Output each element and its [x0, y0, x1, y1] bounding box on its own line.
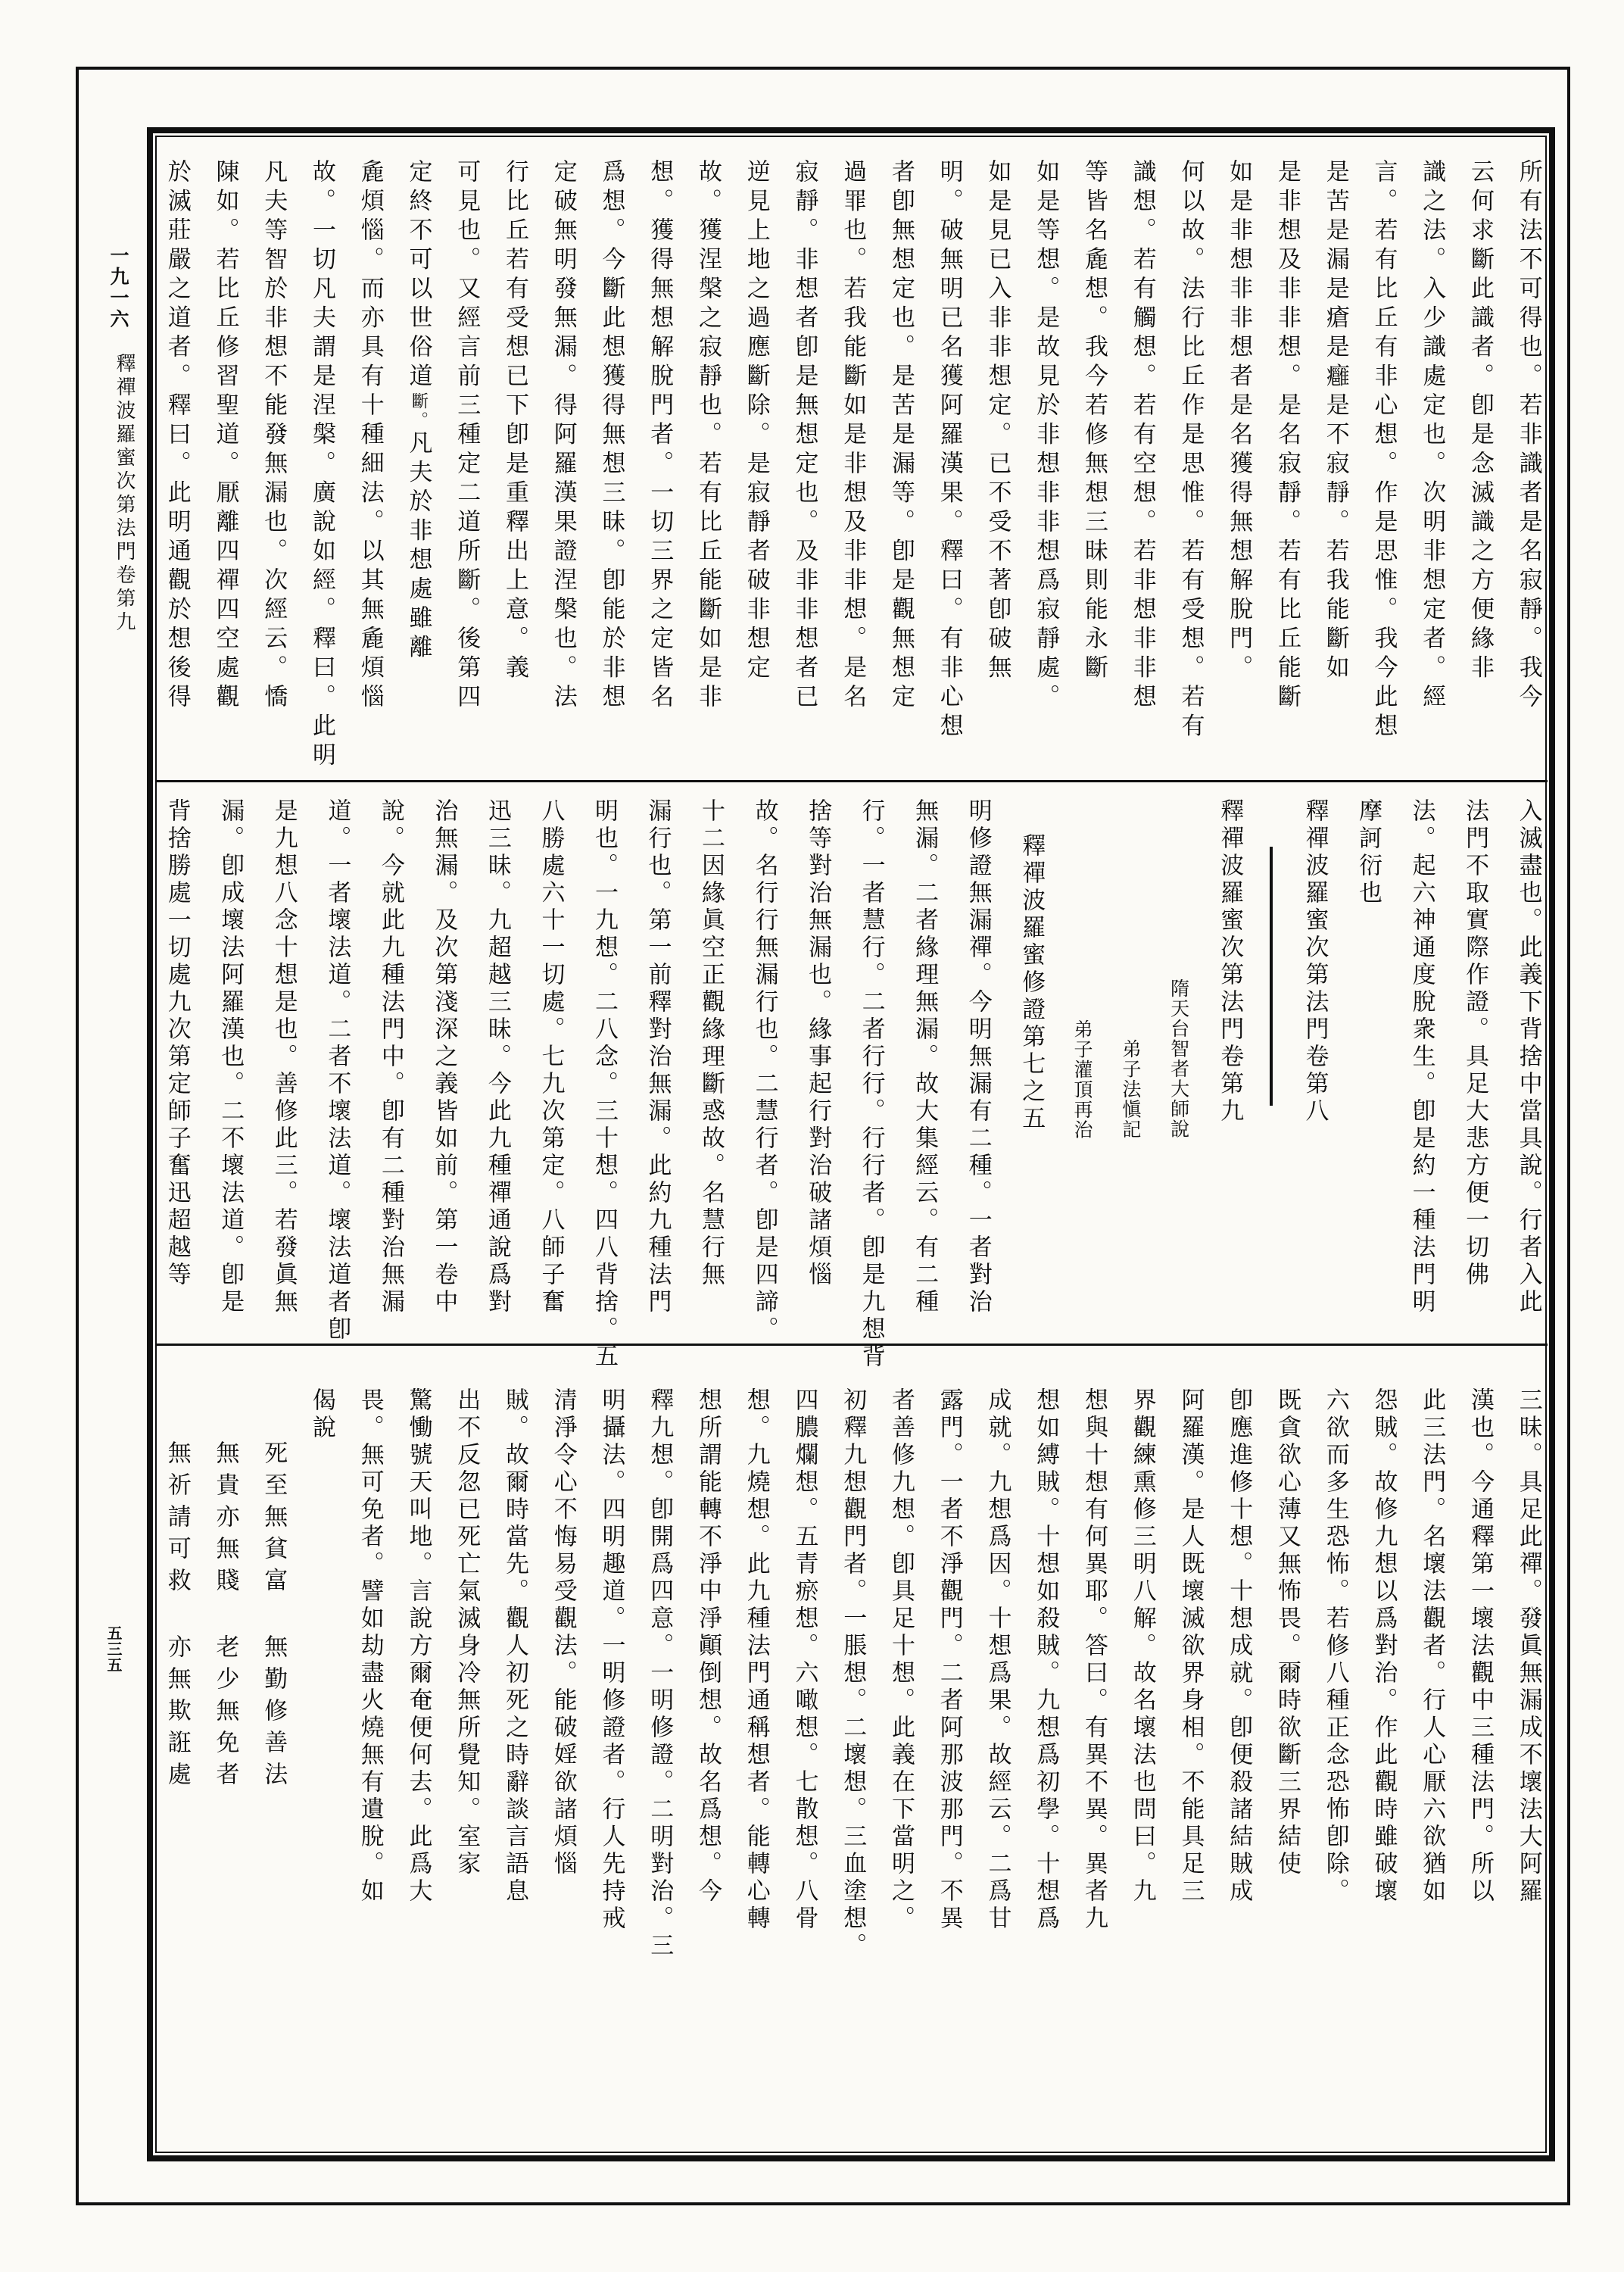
- margin-running-title: 釋禪波羅蜜次第法門卷第九: [111, 353, 139, 635]
- attribution-column-editor: 弟子灌頂再治: [1071, 798, 1093, 1342]
- text-column: 三昧。具足此禪。發眞無漏成不壞法大阿羅: [1515, 1387, 1541, 1945]
- text-column: 行。一者慧行。二者行行。行行者。卽是九想背: [858, 798, 884, 1342]
- text-column: 想與十想有何異耶。答曰。有異不異。異者九: [1080, 1387, 1107, 1945]
- text-column: 於滅莊嚴之道者。釋曰。此明通觀於想後得: [164, 159, 190, 766]
- text-column: 明也。一九想。二八念。三十想。四八背捨。五: [591, 798, 617, 1342]
- text-column: 云何求斷此識者。卽是念滅識之方便緣非: [1467, 159, 1493, 766]
- verse-line: 無祈請可救: [164, 1440, 191, 1599]
- verse-line: 無貴亦無賤: [211, 1440, 238, 1599]
- text-column: 治無漏。及次第淺深之義皆如前。第一卷中: [431, 798, 457, 1342]
- text-column: 十二因緣眞空正觀緣理斷惑故。名慧行無: [697, 798, 724, 1342]
- text-column: 摩訶衍也: [1354, 798, 1381, 1342]
- text-column: 法。起六神通度脫衆生。卽是約一種法門明: [1408, 798, 1435, 1342]
- column-text: 定終不可以世俗道: [404, 159, 432, 392]
- verse-intro-column: 偈說: [308, 1387, 335, 1945]
- text-column: 六欲而多生恐怖。若修八種正念恐怖卽除。: [1322, 1387, 1348, 1945]
- text-column: 麁煩惱。而亦具有十種細法。以其無麁煩惱: [357, 159, 383, 766]
- text-column: 想所謂能轉不淨中淨顚倒想。故名爲想。今: [694, 1387, 721, 1945]
- text-column: 道。一者壞法道。二者不壞法道。壞法道者卽: [324, 798, 351, 1342]
- text-column: 等皆名麁想。我今若修無想三昧則能永斷: [1080, 159, 1107, 766]
- text-column: 怨賊。故修九想以爲對治。作此觀時雖破壞: [1370, 1387, 1397, 1945]
- text-column: 逆見上地之過應斷除。是寂靜者破非想定: [743, 159, 769, 766]
- text-column: 是九想八念十想是也。善修此三。若發眞無: [270, 798, 297, 1342]
- text-column: 明修證無漏禪。今明無漏有二種。一者對治: [965, 798, 991, 1342]
- text-column: 過罪也。若我能斷如是非想及非非想。是名: [840, 159, 866, 766]
- volume-title-column: 釋禪波羅蜜次第法門卷第九: [1216, 798, 1242, 1342]
- text-column: 說。今就此九種法門中。卽有二種對治無漏: [377, 798, 404, 1342]
- verse-column: 無祈請可救亦無欺誑處: [164, 1387, 190, 1945]
- text-column: 界觀練熏修三明八解。故名壞法也問曰。九: [1129, 1387, 1155, 1945]
- text-column: 故。名行行無漏行也。二慧行者。卽是四諦。: [751, 798, 778, 1342]
- text-column: 捨等對治無漏也。緣事起行對治破諸煩惱: [804, 798, 831, 1342]
- text-column: 如是見已入非非想定。已不受不著卽破無: [984, 159, 1011, 766]
- text-column: 賊。故爾時當先。觀人初死之時辭談言語息: [501, 1387, 528, 1945]
- verse-line: 死至無貧富: [260, 1440, 287, 1599]
- register-middle: 入滅盡也。此義下背捨中當具說。行者入此 法門不取實際作證。具足大悲方便一切佛 法…: [164, 798, 1541, 1342]
- text-column: 陳如。若比丘修習聖道。厭離四禪四空處觀: [212, 159, 238, 766]
- text-column: 明攝法。四明趣道。一明修證者。行人先持戒: [598, 1387, 625, 1945]
- attribution-column-recorder: 弟子法愼記: [1120, 798, 1141, 1342]
- end-of-volume-column: 釋禪波羅蜜次第法門卷第八: [1301, 798, 1328, 1342]
- text-column: 法門不取實際作證。具足大悲方便一切佛: [1461, 798, 1488, 1342]
- text-column: 卽應進修十想。十想成就。卽便殺諸結賊成: [1226, 1387, 1252, 1945]
- text-column: 漏行也。第一前釋對治無漏。此約九種法門: [644, 798, 671, 1342]
- text-column: 露門。一者不淨觀門。二者阿那波那門。不異: [936, 1387, 962, 1945]
- text-column: 清淨令心不悔易受觀法。能破婬欲諸煩惱: [550, 1387, 576, 1945]
- text-column-with-small-gloss: 定終不可以世俗道斷。凡夫於非想處雖離: [405, 159, 432, 766]
- text-column: 識想。若有觸想。若有空想。若非想非非想: [1129, 159, 1155, 766]
- text-column: 漏。卽成壞法阿羅漢也。二不壞法道。卽是: [217, 798, 244, 1342]
- register-top: 所有法不可得也。若非識者是名寂靜。我今 云何求斷此識者。卽是念滅識之方便緣非 識…: [164, 159, 1541, 766]
- text-column: 寂靜。非想者卽是無想定也。及非非想者已: [791, 159, 818, 766]
- section-title-column: 釋禪波羅蜜修證第七之五: [1018, 798, 1045, 1342]
- text-column: 爲想。今斷此想獲得無想三昧。卽能於非想: [598, 159, 625, 766]
- text-column: 入滅盡也。此義下背捨中當具說。行者入此: [1515, 798, 1541, 1342]
- text-column: 可見也。又經言前三種定二道所斷。後第四: [454, 159, 480, 766]
- text-column: 所有法不可得也。若非識者是名寂靜。我今: [1515, 159, 1541, 766]
- text-column: 者卽無想定也。是苦是漏等。卽是觀無想定: [887, 159, 914, 766]
- text-column: 故。獲涅槃之寂靜也。若有比丘能斷如是非: [694, 159, 721, 766]
- text-column: 凡夫等智於非想不能發無漏也。次經云。憍: [260, 159, 287, 766]
- text-column: 者善修九想。卽具足十想。此義在下當明之。: [887, 1387, 914, 1945]
- text-column: 無漏。二者緣理無漏。故大集經云。有二種: [911, 798, 937, 1342]
- text-column: 如是等想。是故見於非想非非想爲寂靜處。: [1033, 159, 1059, 766]
- text-column: 畏。無可免者。譬如劫盡火燒無有遺脫。如: [357, 1387, 383, 1945]
- text-column: 八勝處六十一切處。七九次第定。八師子奮: [538, 798, 564, 1342]
- margin-page-number: 五三五: [103, 1625, 125, 1673]
- text-column: 識之法。入少識處定也。次明非想定者。經: [1419, 159, 1445, 766]
- text-column: 驚慟號天叫地。言說方爾奄便何去。此爲大: [405, 1387, 432, 1945]
- text-column: 迅三昧。九超越三昧。今此九種禪通說爲對: [484, 798, 510, 1342]
- text-column: 故。一切凡夫謂是涅槃。廣說如經。釋曰。此明: [308, 159, 335, 766]
- text-column: 想。九燒想。此九種法門通稱想者。能轉心轉: [743, 1387, 769, 1945]
- text-column: 行比丘若有受想已下卽是重釋出上意。義: [501, 159, 528, 766]
- text-column: 出不反忽已死亡氣滅身冷無所覺知。室家: [454, 1387, 480, 1945]
- text-column: 是苦是漏是瘡是癰是不寂靜。若我能斷如: [1322, 159, 1348, 766]
- text-column: 言。若有比丘有非心想。作是思惟。我今此想: [1370, 159, 1397, 766]
- register-divider-bottom: [156, 1344, 1548, 1346]
- text-column: 阿羅漢。是人既壞滅欲界身相。不能具足三: [1177, 1387, 1204, 1945]
- verse-column: 死至無貧富無勤修善法: [260, 1387, 287, 1945]
- verse-line: 亦無欺誑處: [164, 1634, 191, 1793]
- text-column: 明。破無明已名獲阿羅漢果。釋曰。有非心想: [936, 159, 962, 766]
- column-text: 凡夫於非想處雖離: [404, 430, 432, 663]
- text-column: 如是非想非非想者是名獲得無想解脫門。: [1226, 159, 1252, 766]
- text-column: 漢也。今通釋第一壞法觀中三種法門。所以: [1467, 1387, 1493, 1945]
- verse-column: 無貴亦無賤老少無免者: [212, 1387, 238, 1945]
- text-column: 想如縛賊。十想如殺賊。九想爲初學。十想爲: [1033, 1387, 1059, 1945]
- register-bottom: 三昧。具足此禪。發眞無漏成不壞法大阿羅 漢也。今通釋第一壞法觀中三種法門。所以 …: [164, 1387, 1541, 1945]
- text-column: 此三法門。名壞法觀者。行人心厭六欲猶如: [1419, 1387, 1445, 1945]
- text-column: 想。獲得無想解脫門者。一切三界之定皆名: [647, 159, 673, 766]
- text-column: 成就。九想爲因。十想爲果。故經云。二爲甘: [984, 1387, 1011, 1945]
- volume-separator-slot: [1270, 798, 1274, 1342]
- text-column: 何以故。法行比丘作是思惟。若有受想。若有: [1177, 159, 1204, 766]
- volume-separator-line: [1270, 847, 1273, 1106]
- text-column: 釋九想。卽開爲四意。一明修證。二明對治。三: [647, 1387, 673, 1945]
- text-column: 初釋九想觀門者。一脹想。二壞想。三血塗想。: [840, 1387, 866, 1945]
- text-column: 定破無明發無漏。得阿羅漢果證涅槃也。法: [550, 159, 576, 766]
- verse-line: 老少無免者: [211, 1634, 238, 1793]
- verse-line: 無勤修善法: [260, 1634, 287, 1793]
- text-column: 四膿爛想。五青瘀想。六噉想。七散想。八骨: [791, 1387, 818, 1945]
- attribution-column-speaker: 隋天台智者大師說: [1168, 798, 1189, 1342]
- margin-sutra-number: 一九一六: [104, 245, 132, 330]
- register-divider-top: [156, 780, 1548, 782]
- text-column: 背捨勝處一切處九次第定師子奮迅超越等: [164, 798, 190, 1342]
- small-inline-character: 斷。: [409, 392, 428, 430]
- text-column: 既貪欲心薄又無怖畏。爾時欲斷三界結使: [1273, 1387, 1300, 1945]
- text-column: 是非想及非非想。是名寂靜。若有比丘能斷: [1273, 159, 1300, 766]
